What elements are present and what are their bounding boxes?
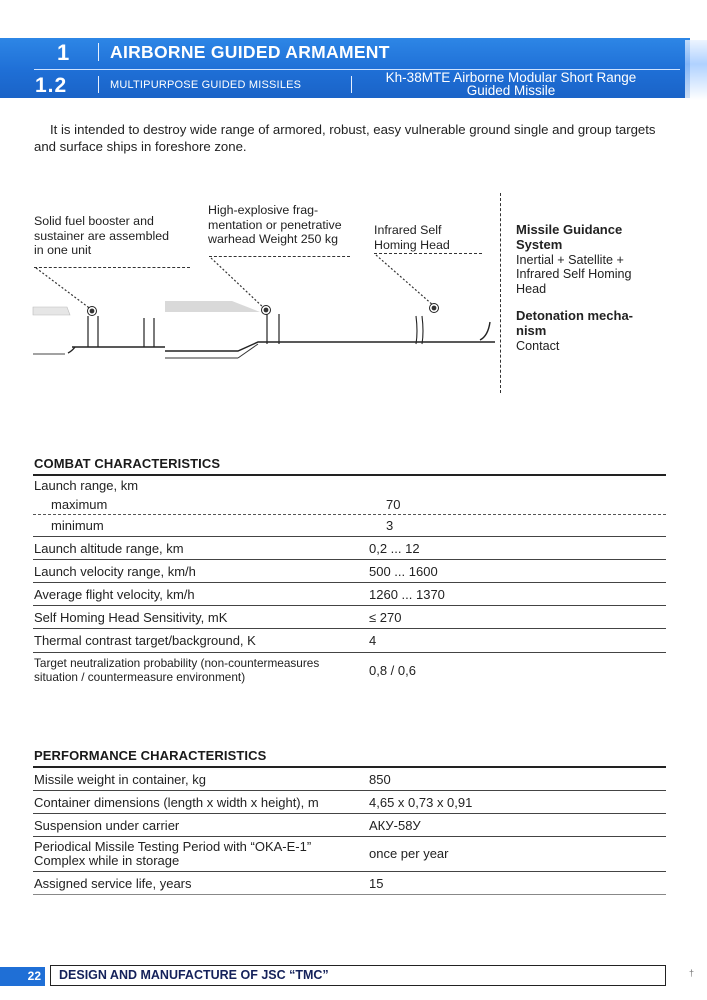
row-label: Missile weight in container, kg <box>33 772 369 787</box>
section-number: 1 <box>57 40 69 66</box>
callout-line: Solid fuel booster and <box>34 214 169 229</box>
row-label: Average flight velocity, km/h <box>33 587 369 602</box>
missile-illustration <box>0 240 500 360</box>
table-row: Self Homing Head Sensitivity, mK ≤ 270 <box>33 606 666 628</box>
detonation-info: Detonation mecha- nism Contact <box>516 309 633 353</box>
row-label: Self Homing Head Sensitivity, mK <box>33 610 369 625</box>
table-row: Missile weight in container, kg 850 <box>33 768 666 790</box>
footer-title: DESIGN AND MANUFACTURE OF JSC “TMC” <box>50 965 666 986</box>
performance-characteristics-table: Missile weight in container, kg 850 Cont… <box>33 766 666 895</box>
row-label-line: Target neutralization probability (non-c… <box>34 656 369 670</box>
subsection-title: MULTIPURPOSE GUIDED MISSILES <box>110 79 301 91</box>
table-row: Target neutralization probability (non-c… <box>33 653 666 687</box>
row-value: 500 ... 1600 <box>369 564 666 579</box>
table-row: Thermal contrast target/background, K 4 <box>33 629 666 652</box>
intro-paragraph: It is intended to destroy wide range of … <box>34 121 674 155</box>
row-value: 3 <box>386 518 666 533</box>
row-value: 850 <box>369 772 666 787</box>
row-label: Suspension under carrier <box>33 818 369 833</box>
row-value: 15 <box>369 876 666 891</box>
row-label: Thermal contrast target/background, K <box>33 633 369 648</box>
marker-icon <box>88 307 97 316</box>
row-label: Target neutralization probability (non-c… <box>33 656 369 684</box>
row-label-line: situation / countermeasure environment) <box>34 670 369 684</box>
diagram-separator <box>500 193 501 393</box>
table-row: minimum 3 <box>33 515 666 536</box>
row-label-line: Complex while in storage <box>34 854 369 868</box>
table-row: Launch altitude range, km 0,2 ... 12 <box>33 537 666 559</box>
row-value: 0,8 / 0,6 <box>369 663 666 678</box>
header-separator <box>351 76 352 93</box>
combat-characteristics-table: Launch range, km maximum 70 minimum 3 La… <box>33 474 666 687</box>
marker-icon <box>262 306 271 315</box>
callout-line: High-explosive frag- <box>208 203 342 218</box>
row-value: 4,65 x 0,73 x 0,91 <box>369 795 666 810</box>
row-value: 0,2 ... 12 <box>369 541 666 556</box>
row-label: Launch range, km <box>33 478 369 493</box>
table-row: Launch velocity range, km/h 500 ... 1600 <box>33 560 666 582</box>
row-value: АКУ-58У <box>369 818 666 833</box>
row-value: 70 <box>386 497 666 512</box>
row-label: Assigned service life, years <box>33 876 369 891</box>
guidance-system-info: Missile Guidance System Inertial + Satel… <box>516 223 632 297</box>
section-row: 1 AIRBORNE GUIDED ARMAMENT <box>0 38 690 66</box>
row-label-line: Periodical Missile Testing Period with “… <box>34 840 369 854</box>
combat-characteristics-title: COMBAT CHARACTERISTICS <box>34 456 220 471</box>
callout-line: mentation or penetrative <box>208 218 342 233</box>
table-row: Average flight velocity, km/h 1260 ... 1… <box>33 583 666 605</box>
table-row: Suspension under carrier АКУ-58У <box>33 814 666 836</box>
row-label: minimum <box>33 518 386 533</box>
detonation-title: Detonation mecha- <box>516 309 633 324</box>
subsection-row: 1.2 MULTIPURPOSE GUIDED MISSILES Kh-38MT… <box>0 71 690 98</box>
header-separator <box>98 43 99 61</box>
table-row: Periodical Missile Testing Period with “… <box>33 837 666 871</box>
guidance-value: Infrared Self Homing <box>516 267 632 282</box>
product-title: Kh-38MTE Airborne Modular Short Range Gu… <box>360 71 662 97</box>
row-value: 1260 ... 1370 <box>369 587 666 602</box>
row-value: once per year <box>369 847 666 861</box>
row-label: Launch altitude range, km <box>33 541 369 556</box>
performance-characteristics-title: PERFORMANCE CHARACTERISTICS <box>34 748 266 763</box>
row-label: maximum <box>33 497 386 512</box>
page-number: 22 <box>0 967 45 986</box>
detonation-value: Contact <box>516 339 633 354</box>
row-label: Launch velocity range, km/h <box>33 564 369 579</box>
section-title: AIRBORNE GUIDED ARMAMENT <box>110 42 390 63</box>
detonation-title: nism <box>516 324 633 339</box>
marker-icon <box>430 304 439 313</box>
corner-mark: † <box>689 968 694 978</box>
row-label: Periodical Missile Testing Period with “… <box>33 840 369 868</box>
guidance-title: System <box>516 238 632 253</box>
header-separator <box>98 76 99 93</box>
table-row: Assigned service life, years 15 <box>33 872 666 894</box>
table-row: Container dimensions (length x width x h… <box>33 791 666 813</box>
row-label: Container dimensions (length x width x h… <box>33 795 369 810</box>
callout-line: Infrared Self <box>374 223 450 238</box>
row-value: 4 <box>369 633 666 648</box>
guidance-title: Missile Guidance <box>516 223 632 238</box>
table-row: Launch range, km <box>33 476 666 495</box>
aircraft-decoration-icon <box>685 40 707 100</box>
section-header: 1 AIRBORNE GUIDED ARMAMENT 1.2 MULTIPURP… <box>0 38 690 98</box>
subsection-number: 1.2 <box>35 74 67 98</box>
product-title-line2: Guided Missile <box>360 84 662 97</box>
guidance-value: Inertial + Satellite + <box>516 253 632 268</box>
guidance-value: Head <box>516 282 632 297</box>
row-value: ≤ 270 <box>369 610 666 625</box>
table-row: maximum 70 <box>33 495 666 514</box>
